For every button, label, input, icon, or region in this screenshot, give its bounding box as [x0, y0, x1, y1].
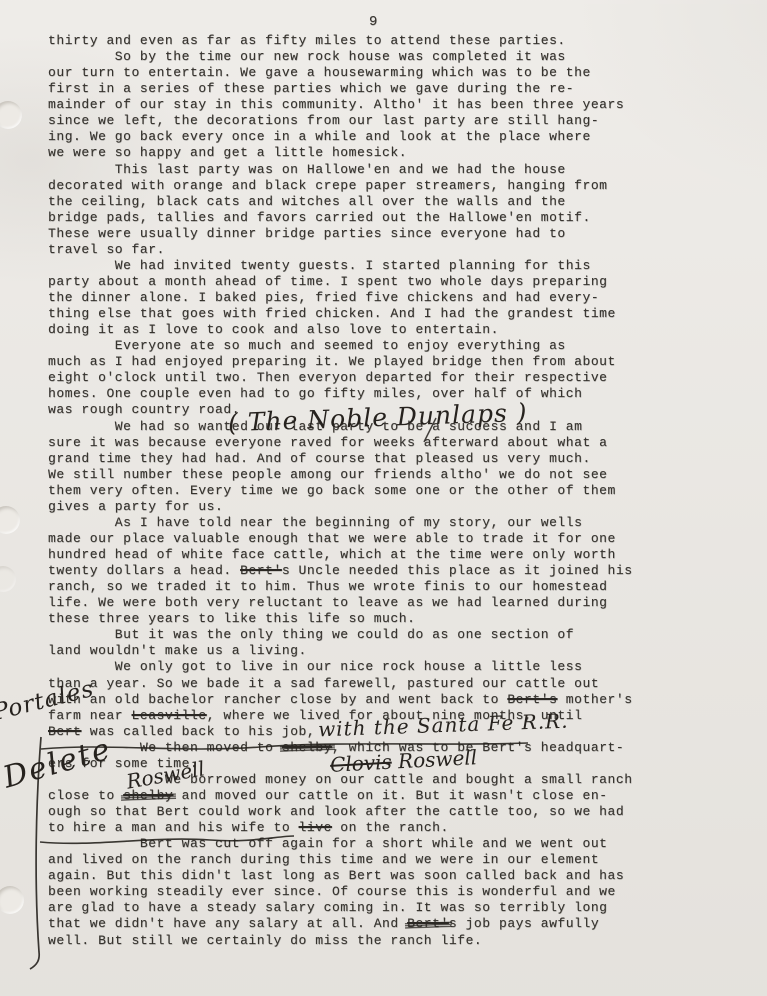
typed-line: first in a series of these parties which…	[48, 81, 633, 97]
struck-text: Bert's	[507, 692, 557, 707]
typed-line: Bert was cut off again for a short while…	[48, 836, 633, 852]
typed-line: we were so happy and get a little homesi…	[48, 145, 633, 161]
punch-hole	[0, 506, 20, 534]
typed-line: party about a month ahead of time. I spe…	[48, 274, 633, 290]
typed-line: well. But still we certainly do miss the…	[48, 933, 633, 949]
typed-line: thing else that goes with fried chicken.…	[48, 306, 633, 322]
punch-hole	[0, 101, 22, 129]
typed-line: mainder of our stay in this community. A…	[48, 97, 633, 113]
typed-line: thirty and even as far as fifty miles to…	[48, 33, 633, 49]
typed-line: them very often. Every time we go back s…	[48, 483, 633, 499]
typed-line: We had invited twenty guests. I started …	[48, 258, 633, 274]
typed-line: and lived on the ranch during this time …	[48, 852, 633, 868]
typed-line: with an old bachelor rancher close by an…	[48, 692, 633, 708]
typed-line: ough so that Bert could work and look af…	[48, 804, 633, 820]
typed-line: hundred head of white face cattle, which…	[48, 547, 633, 563]
typed-line: As I have told near the beginning of my …	[48, 515, 633, 531]
typed-line: the dinner alone. I baked pies, fried fi…	[48, 290, 633, 306]
typed-line: homes. One couple even had to go fifty m…	[48, 386, 633, 402]
struck-text: Bert'	[240, 563, 282, 578]
typed-line: are glad to have a steady salary coming …	[48, 900, 633, 916]
punch-hole	[0, 566, 16, 592]
typed-line: travel so far.	[48, 242, 633, 258]
typed-line: that we didn't have any salary at all. A…	[48, 916, 633, 932]
typed-line: than a year. So we bade it a sad farewel…	[48, 676, 633, 692]
typed-line: been working steadily ever since. Of cou…	[48, 884, 633, 900]
typed-line: our turn to entertain. We gave a housewa…	[48, 65, 633, 81]
typed-line: Everyone ate so much and seemed to enjoy…	[48, 338, 633, 354]
scanned-document-page: 9 thirty and even as far as fifty miles …	[0, 0, 767, 996]
struck-text: live	[299, 820, 332, 835]
struck-text: shelby	[282, 740, 332, 755]
struck-text: Leasville	[132, 708, 207, 723]
typed-line: again. But this didn't last long as Bert…	[48, 868, 633, 884]
typed-line: these three years to like this life so m…	[48, 611, 633, 627]
struck-text: Bert'	[407, 916, 449, 931]
typed-line: the ceiling, black cats and witches all …	[48, 194, 633, 210]
typed-line: grand time they had had. And of course t…	[48, 451, 633, 467]
typed-line: to hire a man and his wife to live on th…	[48, 820, 633, 836]
typed-line: We only got to live in our nice rock hou…	[48, 659, 633, 675]
handwriting-roswell: Roswell	[397, 745, 477, 773]
typed-line: land wouldn't make us a living.	[48, 643, 633, 659]
typed-line: life. We were both very reluctant to lea…	[48, 595, 633, 611]
struck-text: Bert	[48, 724, 81, 739]
struck-handwriting-clovis: Clovis	[329, 750, 392, 777]
typed-line: made our place valuable enough that we w…	[48, 531, 633, 547]
typed-text: thirty and even as far as fifty miles to…	[48, 33, 633, 949]
typed-line: decorated with orange and black crepe pa…	[48, 178, 633, 194]
typed-line: We still number these people among our f…	[48, 467, 633, 483]
typed-line: So by the time our new rock house was co…	[48, 49, 633, 65]
punch-hole	[0, 886, 24, 914]
page-number: 9	[369, 14, 378, 30]
typed-line: But it was the only thing we could do as…	[48, 627, 633, 643]
typed-line: gives a party for us.	[48, 499, 633, 515]
typed-line: eight o'clock until two. Then everyon de…	[48, 370, 633, 386]
typed-line: since we left, the decorations from our …	[48, 113, 633, 129]
typed-line: sure it was because everyone raved for w…	[48, 435, 633, 451]
typed-line: doing it as I love to cook and also love…	[48, 322, 633, 338]
typed-line: ranch, so we traded it to him. Thus we w…	[48, 579, 633, 595]
typed-line: bridge pads, tallies and favors carried …	[48, 210, 633, 226]
typed-line: much as I had enjoyed preparing it. We p…	[48, 354, 633, 370]
typed-line: This last party was on Hallowe'en and we…	[48, 162, 633, 178]
typed-line: These were usually dinner bridge parties…	[48, 226, 633, 242]
typed-line: ing. We go back every once in a while an…	[48, 129, 633, 145]
typed-line: twenty dollars a head. Bert's Uncle need…	[48, 563, 633, 579]
